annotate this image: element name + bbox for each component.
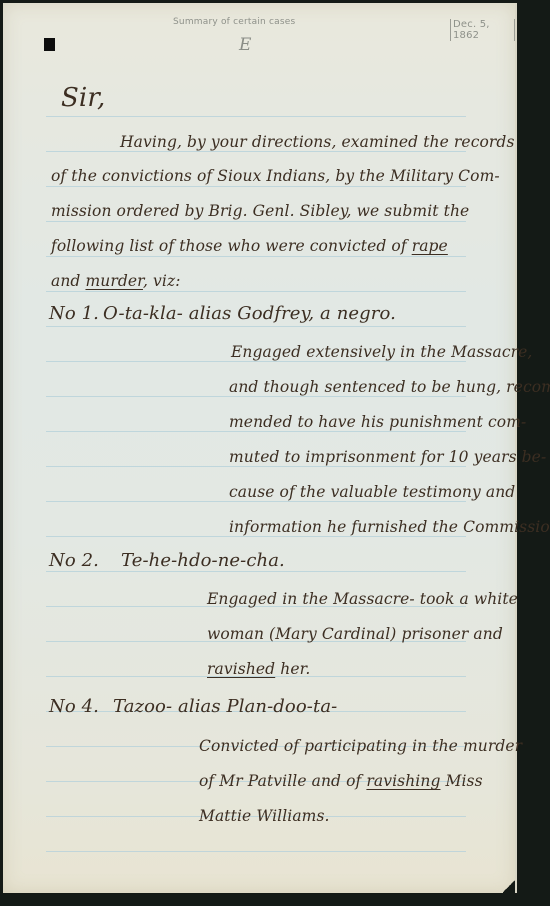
ruling-line xyxy=(46,851,466,852)
entry-4-line-2-text: of Mr Patville and of xyxy=(199,772,366,790)
entry-1-number: No 1. xyxy=(49,303,99,324)
letter-page: Summary of certain cases Dec. 5, 1862 E … xyxy=(3,3,517,893)
entry-4-number: No 4. xyxy=(49,696,99,717)
underlined-word-ravishing: ravishing xyxy=(366,772,440,790)
underlined-word-rape: rape xyxy=(412,237,448,255)
salutation: Sir, xyxy=(61,83,105,113)
ruling-line xyxy=(46,186,466,187)
entry-2-number: No 2. xyxy=(49,550,99,571)
intro-line-5-text: and xyxy=(51,272,85,290)
entry-1-line-2: and though sentenced to be hung, recom- xyxy=(229,378,550,396)
ruling-line xyxy=(46,326,466,327)
ruling-line xyxy=(46,431,466,432)
intro-line-1: Having, by your directions, examined the… xyxy=(120,133,515,151)
ruling-line xyxy=(46,221,466,222)
ruling-line xyxy=(46,396,466,397)
entry-1-name: O-ta-kla- alias Godfrey, a negro. xyxy=(103,303,396,324)
pencil-summary-note: Summary of certain cases xyxy=(173,17,295,27)
entry-2-line-3: ravished her. xyxy=(207,660,310,678)
entry-1-line-1: Engaged extensively in the Massacre, xyxy=(231,343,532,361)
intro-line-5: and murder, viz: xyxy=(51,272,181,290)
ruling-line xyxy=(46,571,466,572)
entry-2-line-2: woman (Mary Cardinal) prisoner and xyxy=(207,625,503,643)
pencil-letter-mark: E xyxy=(239,35,251,55)
intro-line-4-text: following list of those who were convict… xyxy=(51,237,412,255)
ruling-line xyxy=(46,536,466,537)
intro-line-3: mission ordered by Brig. Genl. Sibley, w… xyxy=(51,202,469,220)
entry-4-line-1: Convicted of participating in the murder xyxy=(199,737,522,755)
black-square-marker xyxy=(44,38,55,51)
ruling-line xyxy=(46,256,466,257)
entry-4-line-2: of Mr Patville and of ravishing Miss xyxy=(199,772,483,790)
entry-1-line-5: cause of the valuable testimony and xyxy=(229,483,515,501)
ruling-line xyxy=(46,466,466,467)
ruling-line xyxy=(46,291,466,292)
entry-1-line-6: information he furnished the Commission. xyxy=(229,518,550,536)
underlined-word-ravished: ravished xyxy=(207,660,275,678)
entry-1-line-4: muted to imprisonment for 10 years be- xyxy=(229,448,546,466)
entry-1-line-3: mended to have his punishment com- xyxy=(229,413,526,431)
ruling-line xyxy=(46,151,466,152)
ruling-line xyxy=(46,501,466,502)
entry-2-name: Te-he-hdo-ne-cha. xyxy=(121,550,285,571)
ruling-line xyxy=(46,361,466,362)
pencil-date-note: Dec. 5, 1862 xyxy=(450,19,515,41)
underlined-word-murder: murder xyxy=(85,272,143,290)
entry-2-line-1: Engaged in the Massacre- took a white xyxy=(207,590,518,608)
entry-2-line-3-tail: her. xyxy=(275,660,310,678)
ruling-line xyxy=(46,116,466,117)
entry-4-line-2-tail: Miss xyxy=(440,772,482,790)
document-scan: Summary of certain cases Dec. 5, 1862 E … xyxy=(0,0,550,906)
entry-4-name: Tazoo- alias Plan-doo-ta- xyxy=(113,696,337,717)
intro-line-5-tail: , viz: xyxy=(143,272,181,290)
intro-line-4: following list of those who were convict… xyxy=(51,237,448,255)
intro-line-2: of the convictions of Sioux Indians, by … xyxy=(51,167,500,185)
entry-4-line-3: Mattie Williams. xyxy=(199,807,330,825)
